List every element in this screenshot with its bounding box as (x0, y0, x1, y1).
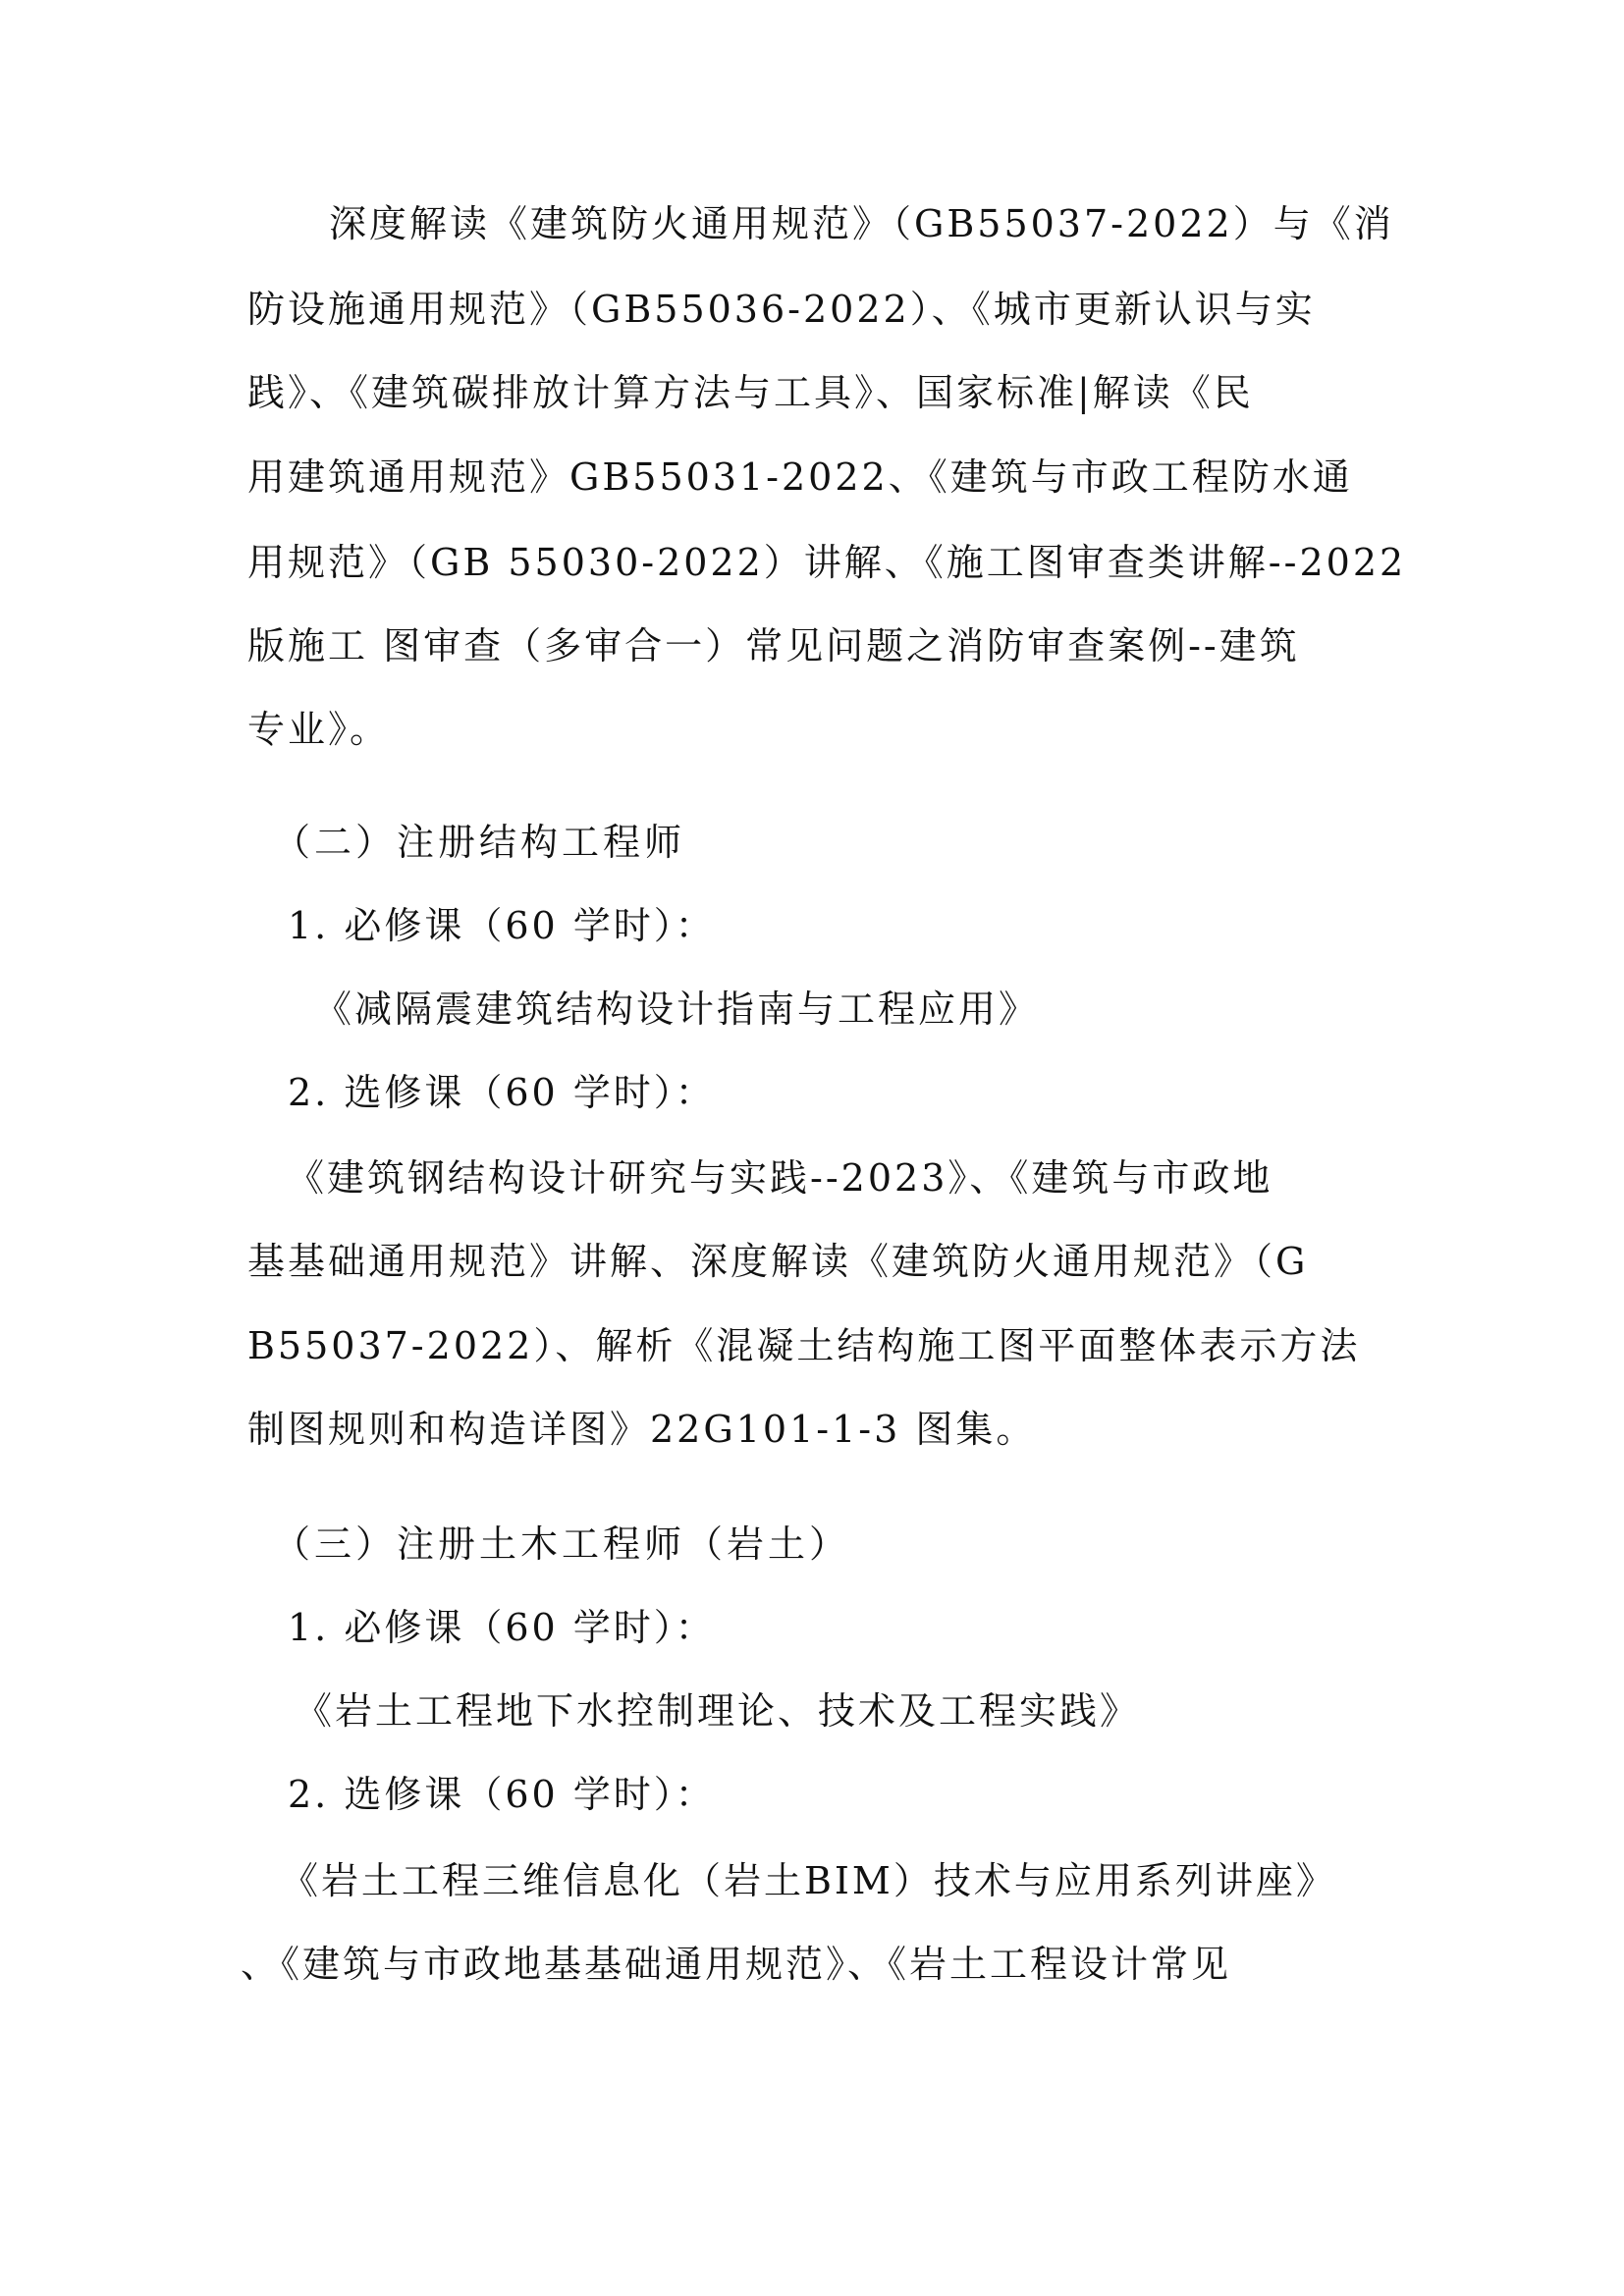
elective-course-line: 《岩土工程三维信息化（岩土BIM）技术与应用系列讲座》 (281, 1858, 1336, 1903)
section-heading: （二）注册结构工程师 (273, 820, 685, 865)
required-course-line: 《减隔震建筑结构设计指南与工程应用》 (314, 987, 1039, 1032)
paragraph-line: 专业》。 (247, 707, 390, 752)
paragraph-line: 深度解读《建筑防火通用规范》（GB55037-2022）与《消 (329, 201, 1394, 246)
elective-course-label: 2. 选修课（60 学时）： (288, 1070, 716, 1115)
paragraph-line: 版施工 图审查（多审合一）常见问题之消防审查案例--建筑 (247, 623, 1300, 668)
required-course-line: 《岩土工程地下水控制理论、技术及工程实践》 (295, 1688, 1140, 1734)
elective-course-line: B55037-2022）、解析《混凝土结构施工图平面整体表示方法 (247, 1323, 1360, 1368)
required-course-label: 1. 必修课（60 学时）： (288, 903, 716, 948)
elective-course-line: 、《建筑与市政地基基础通用规范》、《岩土工程设计常见 (241, 1942, 1231, 1987)
paragraph-line: 用建筑通用规范》GB55031-2022、《建筑与市政工程防水通 (247, 454, 1353, 500)
elective-course-line: 《建筑钢结构设计研究与实践--2023》、《建筑与市政地 (287, 1155, 1272, 1201)
elective-course-line: 制图规则和构造详图》22G101-1-3 图集。 (247, 1407, 1036, 1452)
paragraph-line: 践》、《建筑碳排放计算方法与工具》、国家标准|解读《民 (247, 370, 1254, 415)
elective-course-label: 2. 选修课（60 学时）： (288, 1772, 716, 1817)
section-heading: （三）注册土木工程师（岩土） (273, 1522, 850, 1567)
paragraph-line: 用规范》（GB 55030-2022）讲解、《施工图审查类讲解--2022 (247, 540, 1406, 585)
document-page: 深度解读《建筑防火通用规范》（GB55037-2022）与《消 防设施通用规范》… (0, 0, 1624, 2296)
elective-course-line: 基基础通用规范》讲解、深度解读《建筑防火通用规范》（G (247, 1239, 1308, 1284)
paragraph-line: 防设施通用规范》（GB55036-2022）、《城市更新认识与实 (247, 287, 1316, 332)
required-course-label: 1. 必修课（60 学时）： (288, 1605, 716, 1650)
